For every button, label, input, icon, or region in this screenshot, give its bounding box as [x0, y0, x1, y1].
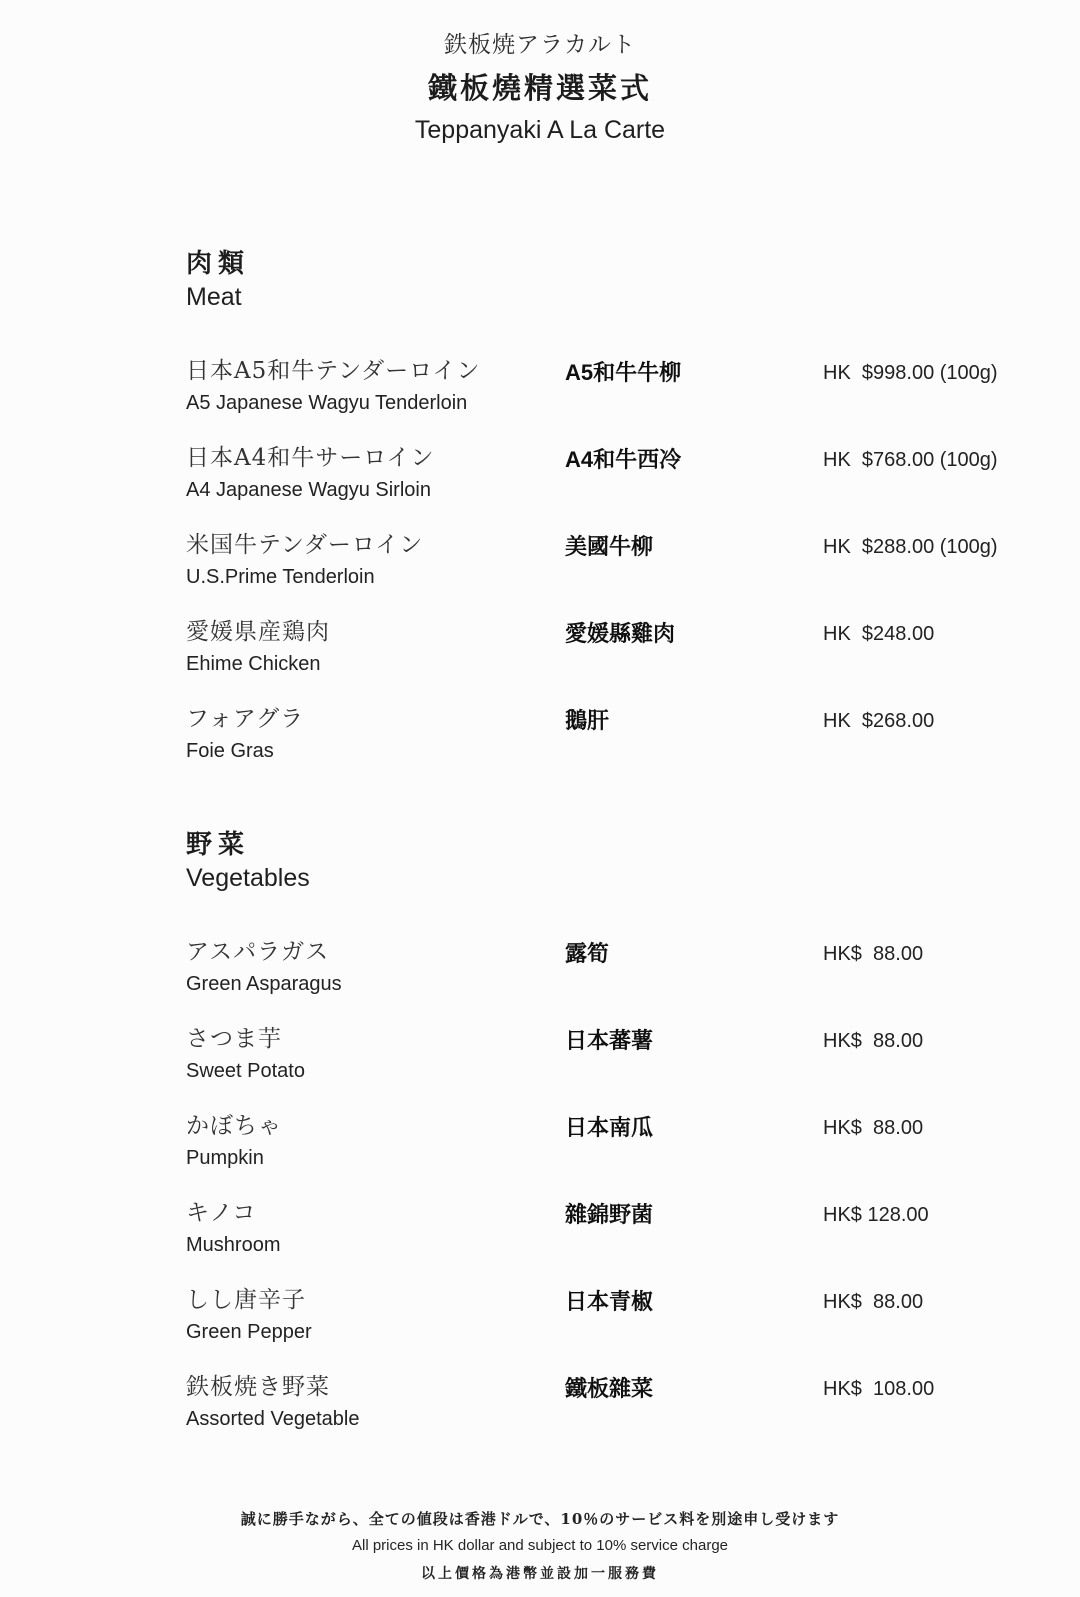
item-name-japanese: かぼちゃ: [186, 1113, 565, 1141]
item-name-english: Mushroom: [186, 1233, 565, 1257]
item-price: HK $288.00 (100g): [823, 532, 1000, 559]
menu-title-english: Teppanyaki A La Carte: [0, 116, 1080, 145]
item-name-chinese: 美國牛柳: [565, 532, 823, 560]
item-names: しし唐辛子 Green Pepper: [186, 1287, 565, 1344]
menu-item-ehime-chicken: 愛媛県産鶏肉 Ehime Chicken 愛媛縣雞肉 HK $248.00: [186, 619, 1000, 677]
item-names: 米国牛テンダーロイン U.S.Prime Tenderloin: [186, 532, 565, 589]
menu-item-a5-wagyu-tenderloin: 日本A5和牛テンダーロイン A5 Japanese Wagyu Tenderlo…: [186, 358, 1000, 416]
item-name-chinese: 日本蕃薯: [565, 1026, 823, 1054]
item-name-english: Pumpkin: [186, 1146, 565, 1170]
item-names: アスパラガス Green Asparagus: [186, 939, 565, 996]
section-meat-heading-native: 肉類: [186, 243, 1000, 280]
item-name-chinese: 日本青椒: [565, 1287, 823, 1315]
item-name-japanese: 鉄板焼き野菜: [186, 1374, 565, 1402]
menu-page: 鉄板焼アラカルト 鐵板燒精選菜式 Teppanyaki A La Carte 肉…: [0, 0, 1080, 1597]
item-price: HK$ 88.00: [823, 1026, 1000, 1053]
item-name-chinese: 雜錦野菌: [565, 1200, 823, 1228]
section-vegetables-items: アスパラガス Green Asparagus 露筍 HK$ 88.00 さつま芋…: [186, 939, 1000, 1432]
item-name-japanese: しし唐辛子: [186, 1287, 565, 1315]
item-name-japanese: 日本A4和牛サーロイン: [186, 445, 565, 473]
item-name-japanese: 愛媛県産鶏肉: [186, 619, 565, 647]
menu-item-sweet-potato: さつま芋 Sweet Potato 日本蕃薯 HK$ 88.00: [186, 1026, 1000, 1084]
item-names: さつま芋 Sweet Potato: [186, 1026, 565, 1083]
menu-item-assorted-vegetable: 鉄板焼き野菜 Assorted Vegetable 鐵板雜菜 HK$ 108.0…: [186, 1374, 1000, 1432]
section-vegetables-heading-native: 野菜: [186, 824, 1000, 861]
menu-item-green-pepper: しし唐辛子 Green Pepper 日本青椒 HK$ 88.00: [186, 1287, 1000, 1345]
item-price: HK $268.00: [823, 706, 1000, 733]
item-name-japanese: 日本A5和牛テンダーロイン: [186, 358, 565, 386]
item-names: フォアグラ Foie Gras: [186, 706, 565, 763]
item-name-english: A4 Japanese Wagyu Sirloin: [186, 478, 565, 502]
item-name-japanese: フォアグラ: [186, 706, 565, 734]
item-price: HK$ 108.00: [823, 1374, 1000, 1401]
item-name-chinese: 露筍: [565, 939, 823, 967]
item-names: 日本A5和牛テンダーロイン A5 Japanese Wagyu Tenderlo…: [186, 358, 565, 415]
item-price: HK $998.00 (100g): [823, 358, 1000, 385]
item-name-chinese: A5和牛牛柳: [565, 358, 823, 386]
item-name-english: Green Pepper: [186, 1320, 565, 1344]
item-names: 日本A4和牛サーロイン A4 Japanese Wagyu Sirloin: [186, 445, 565, 502]
menu-body: 肉類 Meat 日本A5和牛テンダーロイン A5 Japanese Wagyu …: [0, 243, 1080, 1432]
item-name-english: Ehime Chicken: [186, 652, 565, 676]
item-name-english: Assorted Vegetable: [186, 1407, 565, 1431]
footer-note-chinese: 以上價格為港幣並設加一服務費: [0, 1563, 1080, 1583]
item-name-english: Foie Gras: [186, 739, 565, 763]
menu-item-us-prime-tenderloin: 米国牛テンダーロイン U.S.Prime Tenderloin 美國牛柳 HK …: [186, 532, 1000, 590]
item-names: 鉄板焼き野菜 Assorted Vegetable: [186, 1374, 565, 1431]
item-name-chinese: A4和牛西冷: [565, 445, 823, 473]
item-name-chinese: 鵝肝: [565, 706, 823, 734]
section-meat: 肉類 Meat 日本A5和牛テンダーロイン A5 Japanese Wagyu …: [186, 243, 1000, 764]
item-price: HK$ 88.00: [823, 1113, 1000, 1140]
item-name-chinese: 鐵板雜菜: [565, 1374, 823, 1402]
item-name-japanese: さつま芋: [186, 1026, 565, 1054]
item-names: 愛媛県産鶏肉 Ehime Chicken: [186, 619, 565, 676]
item-name-chinese: 日本南瓜: [565, 1113, 823, 1141]
item-name-chinese: 愛媛縣雞肉: [565, 619, 823, 647]
menu-footer: 誠に勝手ながら、全ての値段は香港ドルで、10％のサービス料を別途申し受けます A…: [0, 1508, 1080, 1583]
section-meat-heading-english: Meat: [186, 283, 1000, 312]
item-price: HK$ 88.00: [823, 939, 1000, 966]
item-price: HK$ 88.00: [823, 1287, 1000, 1314]
item-name-english: A5 Japanese Wagyu Tenderloin: [186, 391, 565, 415]
item-name-japanese: キノコ: [186, 1200, 565, 1228]
item-price: HK $768.00 (100g): [823, 445, 1000, 472]
section-meat-items: 日本A5和牛テンダーロイン A5 Japanese Wagyu Tenderlo…: [186, 358, 1000, 764]
item-names: かぼちゃ Pumpkin: [186, 1113, 565, 1170]
menu-item-foie-gras: フォアグラ Foie Gras 鵝肝 HK $268.00: [186, 706, 1000, 764]
menu-title-chinese: 鐵板燒精選菜式: [0, 66, 1080, 107]
item-price: HK$ 128.00: [823, 1200, 1000, 1227]
section-vegetables-heading-english: Vegetables: [186, 864, 1000, 893]
section-vegetables: 野菜 Vegetables アスパラガス Green Asparagus 露筍 …: [186, 824, 1000, 1432]
item-name-english: U.S.Prime Tenderloin: [186, 565, 565, 589]
footer-note-english: All prices in HK dollar and subject to 1…: [0, 1537, 1080, 1554]
menu-title-japanese: 鉄板焼アラカルト: [0, 26, 1080, 59]
item-name-english: Sweet Potato: [186, 1059, 565, 1083]
menu-item-pumpkin: かぼちゃ Pumpkin 日本南瓜 HK$ 88.00: [186, 1113, 1000, 1171]
item-name-japanese: アスパラガス: [186, 939, 565, 967]
item-names: キノコ Mushroom: [186, 1200, 565, 1257]
footer-note-japanese: 誠に勝手ながら、全ての値段は香港ドルで、10％のサービス料を別途申し受けます: [0, 1508, 1080, 1529]
item-name-japanese: 米国牛テンダーロイン: [186, 532, 565, 560]
menu-item-a4-wagyu-sirloin: 日本A4和牛サーロイン A4 Japanese Wagyu Sirloin A4…: [186, 445, 1000, 503]
item-name-english: Green Asparagus: [186, 972, 565, 996]
menu-item-mushroom: キノコ Mushroom 雜錦野菌 HK$ 128.00: [186, 1200, 1000, 1258]
item-price: HK $248.00: [823, 619, 1000, 646]
menu-header: 鉄板焼アラカルト 鐵板燒精選菜式 Teppanyaki A La Carte: [0, 0, 1080, 145]
menu-item-green-asparagus: アスパラガス Green Asparagus 露筍 HK$ 88.00: [186, 939, 1000, 997]
